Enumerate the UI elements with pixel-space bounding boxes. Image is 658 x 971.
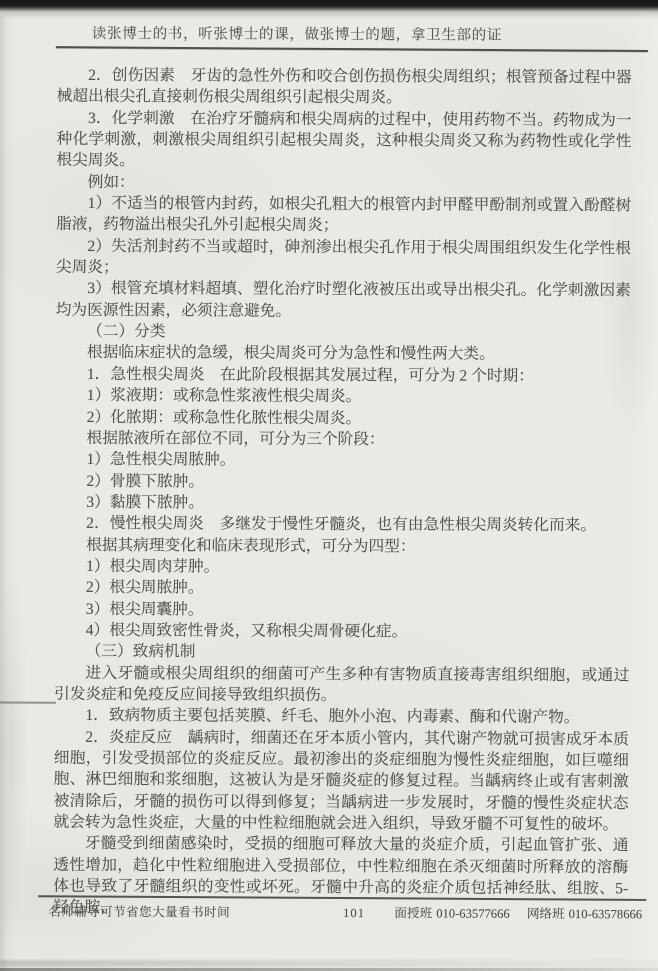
paragraph: 1）根尖周肉芽肿。 — [55, 556, 630, 580]
scan-top-edge — [0, 0, 658, 20]
paragraph: 3）根管充填材料超填、塑化治疗时塑化液被压出或导出根尖孔。化学刺激因素均为医源性… — [56, 278, 631, 323]
footer-contact-online-phone: 010-63578666 — [569, 907, 643, 921]
paragraph: （二）分类 — [56, 321, 631, 345]
paragraph: 2．慢性根尖周炎 多继发于慢性牙髓炎，也有由急性根尖周炎转化而来。 — [55, 513, 630, 537]
paragraph: 3）黏膜下脓肿。 — [55, 492, 630, 516]
footer-contact-classroom-phone: 010-63577666 — [436, 906, 510, 920]
paragraph: 2．创伤因素 牙齿的急性外伤和咬合创伤损伤根尖周组织；根管预备过程中器械超出根尖… — [57, 65, 632, 110]
paragraph: 1）不适当的根管内封药，如根尖孔粗大的根管内封甲醛甲酚制剂或置入酚醛树脂液，药物… — [56, 193, 631, 238]
footer-contacts: 面授班010-63577666 网络班010-63578666 — [353, 902, 646, 922]
paragraph: 根据临床症状的急缓，根尖周炎可分为急性和慢性两大类。 — [56, 342, 631, 366]
paragraph: 2）失活剂封药不当或超时，砷剂渗出根尖孔作用于根尖周围组织发生化学性根尖周炎； — [56, 236, 631, 281]
footer-note: 名师辅导可节省您大量看书时间 — [38, 901, 331, 921]
paragraph: 2）化脓期：或称急性化脓性根尖周炎。 — [55, 406, 630, 430]
header-slogan: 读张博士的书，听张博士的课，做张博士的题，拿卫生部的证 — [0, 21, 626, 45]
paragraph: 例如： — [56, 172, 631, 196]
footer-contact-classroom-label: 面授班 — [394, 906, 432, 920]
paragraph: 根据脓液所在部位不同，可分为三个阶段： — [55, 428, 630, 452]
page-footer: 名师辅导可节省您大量看书时间 101 面授班010-63577666 网络班01… — [38, 901, 646, 923]
document-body: 2．创伤因素 牙齿的急性外伤和咬合创伤损伤根尖周组织；根管预备过程中器械超出根尖… — [53, 65, 632, 921]
page-content: 读张博士的书，听张博士的课，做张博士的题，拿卫生部的证 2．创伤因素 牙齿的急性… — [0, 0, 658, 971]
footer-contact-classroom: 面授班010-63577666 — [394, 906, 509, 921]
paragraph: （三）致病机制 — [54, 641, 629, 665]
paragraph: 3）根尖周囊肿。 — [54, 598, 629, 622]
page-number: 101 — [343, 906, 365, 921]
paragraph: 1）浆液期：或称急性浆液性根尖周炎。 — [55, 385, 630, 409]
paragraph: 1．急性根尖周炎 在此阶段根据其发展过程，可分为 2 个时期： — [55, 364, 630, 388]
paragraph: 2）骨膜下脓肿。 — [55, 470, 630, 494]
footer-contact-online: 网络班010-63578666 — [527, 907, 642, 922]
scan-bottom-band — [0, 960, 658, 967]
scan-artifact-line — [0, 702, 56, 704]
paragraph: 4）根尖周致密性骨炎，又称根尖周骨硬化症。 — [54, 620, 629, 644]
paragraph: 3．化学刺激 在治疗牙髓病和根尖周病的过程中，使用药物不当。药物成为一种化学刺激… — [56, 107, 631, 174]
header-rule — [56, 46, 648, 52]
scanned-document-page: 读张博士的书，听张博士的课，做张博士的题，拿卫生部的证 2．创伤因素 牙齿的急性… — [0, 0, 658, 971]
footer-contact-online-label: 网络班 — [527, 907, 565, 921]
paragraph: 2．炎症反应 龋病时，细菌还在牙本质小管内，其代谢产物就可损害成牙本质细胞，引发… — [53, 726, 628, 835]
paragraph: 2）根尖周脓肿。 — [54, 577, 629, 601]
paragraph: 进入牙髓或根尖周组织的细菌可产生多种有害物质直接毒害组织细胞，或通过引发炎症和免… — [54, 662, 629, 707]
paragraph: 根据其病理变化和临床表现形式，可分为四型： — [55, 534, 630, 558]
paragraph: 1）急性根尖周脓肿。 — [55, 449, 630, 473]
paragraph: 1．致病物质主要包括荚膜、纤毛、胞外小泡、内毒素、酶和代谢产物。 — [54, 705, 629, 729]
